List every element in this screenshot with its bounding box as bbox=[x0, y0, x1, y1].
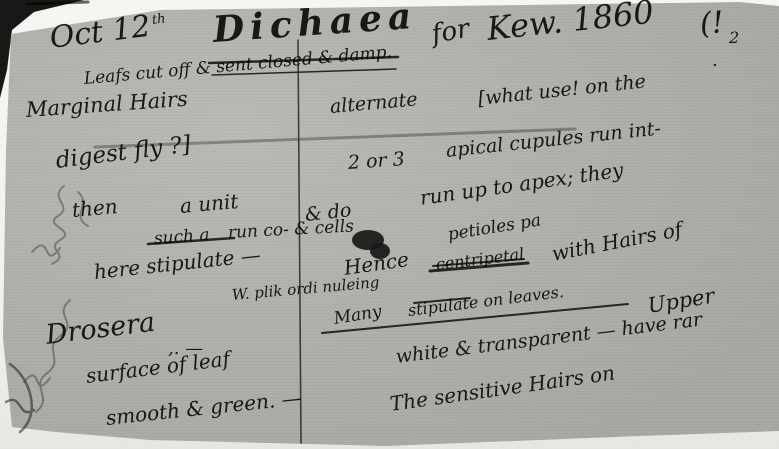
manuscript-paper bbox=[0, 0, 779, 449]
scanned-manuscript: Oct 12thDichaeaforKew. 1860(!2.Leafs cut… bbox=[0, 0, 779, 449]
